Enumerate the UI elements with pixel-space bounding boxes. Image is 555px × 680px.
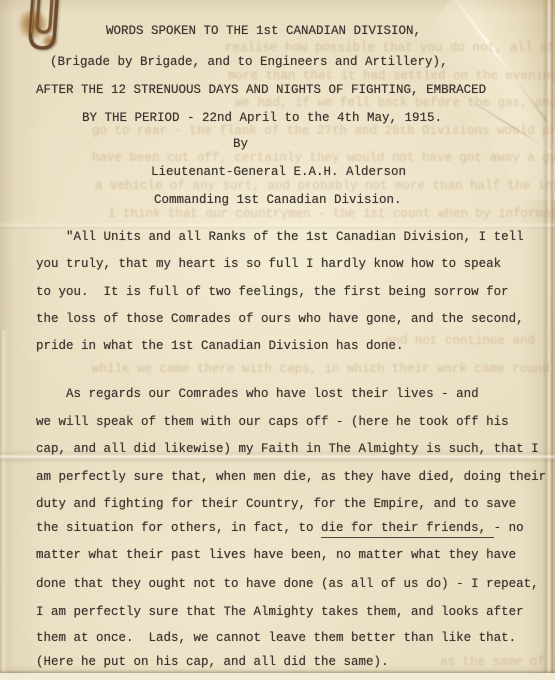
body-line: "All Units and all Ranks of the 1st Cana… — [36, 227, 524, 247]
body-line: I am perfectly sure that The Almighty ta… — [36, 602, 524, 622]
title-line: (Brigade by Brigade, and to Engineers an… — [50, 52, 448, 72]
body-line: am perfectly sure that, when men die, as… — [36, 467, 546, 487]
paper-bottom-edge — [0, 673, 555, 680]
body-line: you truly, that my heart is so full I ha… — [36, 254, 501, 274]
body-line: matter what their past lives have been, … — [36, 545, 516, 565]
bleedthrough-text: and not continue and — [385, 331, 535, 351]
byline-line: By — [233, 134, 248, 154]
body-line: duty and fighting for their Country, for… — [36, 494, 516, 514]
body-line: to you. It is full of two feelings, the … — [36, 282, 509, 302]
byline-line: Commanding 1st Canadian Division. — [154, 190, 402, 210]
underline-post-text: - no — [494, 521, 524, 535]
body-line: As regards our Comrades who have lost th… — [36, 384, 479, 404]
body-line: the loss of those Comrades of ours who h… — [36, 309, 524, 329]
body-line: we will speak of them with our caps off … — [36, 412, 509, 432]
document-page: realise how possible that you do not, al… — [0, 0, 555, 680]
body-line: them at once. Lads, we cannot leave them… — [36, 628, 516, 648]
body-line: cap, and all did likewise) my Faith in T… — [36, 439, 539, 459]
body-line: (Here he put on his cap, and all did the… — [36, 652, 389, 672]
underline-pre-text: the situation for others, in fact, to — [36, 521, 321, 535]
bleedthrough-text: as the same of th — [440, 652, 555, 672]
title-line: AFTER THE 12 STRENUOUS DAYS AND NIGHTS O… — [36, 80, 486, 100]
underlined-phrase: die for their friends, — [321, 521, 494, 538]
left-edge-fold — [0, 330, 8, 680]
title-line: WORDS SPOKEN TO THE 1st CANADIAN DIVISIO… — [106, 21, 421, 41]
title-line: BY THE PERIOD - 22nd April to the 4th Ma… — [82, 108, 442, 128]
body-line: done that they ought not to have done (a… — [36, 574, 539, 594]
body-line: pride in what the 1st Canadian Division … — [36, 336, 404, 356]
bleedthrough-text: while we came there with caps, in which … — [92, 359, 555, 379]
byline-line: Lieutenant-General E.A.H. Alderson — [151, 162, 406, 182]
body-line-with-underline: the situation for others, in fact, to di… — [36, 518, 524, 538]
